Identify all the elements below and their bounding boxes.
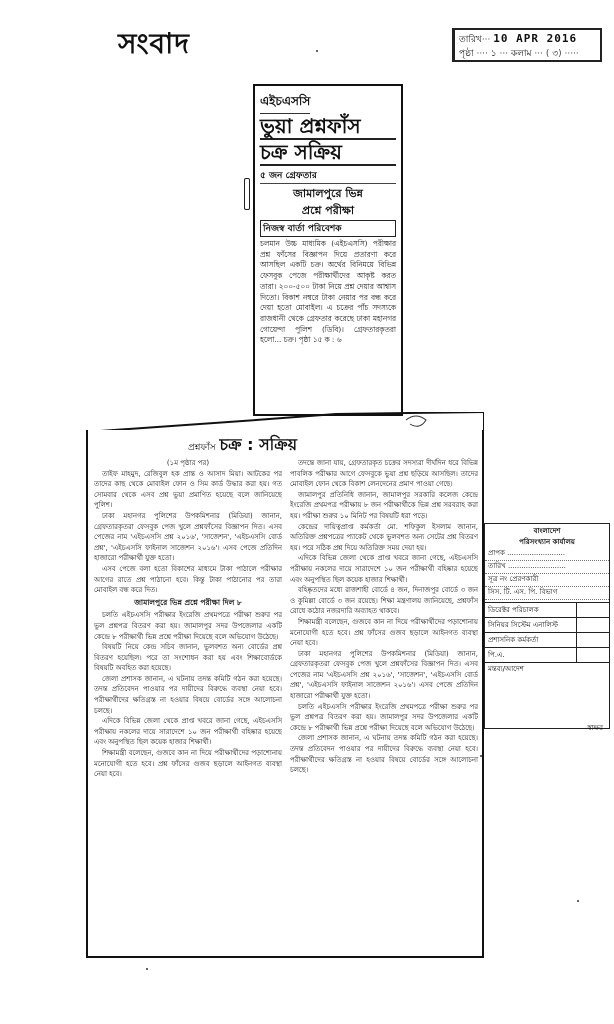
top-news-clipping: এইচএসসি ভুয়া প্রশ্নফাঁস চক্র সক্রিয় ৫ … [253,84,403,416]
article-paragraph: শিক্ষামন্ত্রী বলেছেন, গুজবে কান না দিয়ে… [94,748,282,780]
stamp-date-value: 10 APR 2016 [493,32,577,45]
article-paragraph: জেলা প্রশাসক জানান, এ ঘটনায় তদন্ত কমিটি… [94,674,282,716]
record-field: তারিখ .......................... [485,561,609,574]
record-field: প্রাপক .......................... [485,548,609,561]
article-paragraph: বিষয়টি নিয়ে কেন্দ্র সচিব জানান, ভুলবশত… [94,642,282,674]
clipping-subheadline-line2: প্রশ্নে পরীক্ষা [260,203,396,218]
main-clipping-title-text: চক্র : সক্রিয় [220,435,298,454]
stamp-column-label: কলাম [511,49,532,59]
article-paragraph: চলতি এইচএসসি পরীক্ষার ইংরেজি প্রথমপত্রে … [94,610,282,642]
scan-speck [480,755,482,757]
routing-value [577,648,610,663]
article-paragraph: তদন্তে জানা যায়, গ্রেফতারকৃত চক্রের সদস… [290,458,478,490]
scan-speck [146,968,148,970]
record-heading-line2: পরিসংখ্যান কার্যালয় [485,537,609,548]
continuation-note: (১ম পৃষ্ঠার পর) [94,458,282,469]
office-record-box: বাংলাদেশ পরিসংখ্যান কার্যালয় প্রাপক ...… [484,523,610,729]
article-paragraph: এদিকে বিভিন্ন জেলা থেকে প্রাপ্ত খবরে জান… [290,553,478,585]
remarks-label: মন্তব্য/আদেশ [488,665,524,673]
stamp-page-label: পৃষ্ঠা [459,49,474,59]
article-subheading: জামালপুরে ভিন্ন প্রশ্নে পরীক্ষা দিল ৮ [94,598,282,609]
article-paragraph: তাইফ মাহমুদ, রেজিবুল হক প্রান্ত ও আসাদ ম… [94,469,282,511]
paper-clip-mark [244,178,250,210]
routing-row: ডিরেক্টর পরিচালক [485,603,609,618]
routing-row: সিনিয়র সিস্টেম এনালিস্ট [485,618,609,633]
article-paragraph: জেলা প্রশাসক জানান, এ ঘটনায় তদন্ত কমিটি… [290,733,478,775]
clipping-body-text: চলমান উচ্চ মাধ্যমিক (এইচএসসি) পরীক্ষার প… [260,239,396,346]
article-paragraph: ঢাকা মহানগর পুলিশের উপকমিশনার (মিডিয়া) … [290,649,478,702]
routing-value [577,633,610,648]
article-paragraph: বহিষ্কৃতদের মধ্যে রাজশাহী বোর্ডে ৪ জন, দ… [290,585,478,617]
scan-speck [577,900,579,902]
routing-label: ডিরেক্টর পরিচালক [485,603,577,618]
main-clipping-title-prefix: প্রশ্নফাঁস [188,443,216,453]
article-paragraph: চলতি এইচএসসি পরীক্ষার ইংরেজি প্রথমপত্রে … [290,702,478,734]
scan-speck [316,50,318,52]
record-routing-table: ডিরেক্টর পরিচালক সিনিয়র সিস্টেম এনালিস্… [485,602,609,662]
article-paragraph: জামালপুর প্রতিনিধি জানান, জামালপুর সরকার… [290,490,478,522]
record-field: সিস. টি. এস. পি. বিভাগ [485,587,609,600]
record-heading-line1: বাংলাদেশ [485,526,609,537]
article-paragraph: ঢাকা মহানগর পুলিশের উপকমিশনার (মিডিয়া) … [94,511,282,564]
article-column-1: (১ম পৃষ্ঠার পর) তাইফ মাহমুদ, রেজিবুল হক … [94,458,282,952]
routing-label: পি.এ. [485,648,577,663]
clipping-byline: নিজস্ব বার্তা পরিবেশক [260,220,396,237]
clipping-deck: ৫ জন গ্রেফতার [260,168,396,184]
signature-label: স্বাক্ষর [587,723,603,734]
article-column-2: তদন্তে জানা যায়, গ্রেফতারকৃত চক্রের সদস… [290,458,478,952]
clipping-headline-line1: ভুয়া প্রশ্নফাঁস [260,114,396,140]
routing-value [577,603,610,618]
article-paragraph: কেন্দ্রের দায়িত্বপ্রাপ্ত কর্মকর্তা মো. … [290,522,478,554]
main-clipping-title: প্রশ্নফাঁসচক্র : সক্রিয় [188,432,297,459]
routing-label: সিনিয়র সিস্টেম এনালিস্ট [485,618,577,633]
clipping-kicker: এইচএসসি [260,93,310,114]
routing-row: পি.এ. [485,648,609,663]
date-page-stamp: তারিখ··· 10 APR 2016 পৃষ্ঠা ···· ১ ··· ক… [452,28,602,62]
clipping-headline-line2: চক্র সক্রিয় [260,140,396,166]
routing-label: প্রশাসনিক কর্মকর্তা [485,633,577,648]
main-news-clipping: প্রশ্নফাঁসচক্র : সক্রিয় (১ম পৃষ্ঠার পর)… [86,430,484,958]
article-paragraph: এদিকে বিভিন্ন জেলা থেকে প্রাপ্ত খবরে জান… [94,716,282,748]
stamp-date-row: তারিখ··· 10 APR 2016 [459,32,596,47]
article-paragraph: শিক্ষামন্ত্রী বলেছেন, গুজবে কান না দিয়ে… [290,617,478,649]
newspaper-masthead: সংবাদ [118,22,190,69]
clipping-subheadline-line1: জামালপুরে ভিন্ন [260,186,396,201]
article-paragraph: এসব পেজে বলা হতো বিকাশের মাধ্যমে টাকা পা… [94,564,282,596]
routing-row: প্রশাসনিক কর্মকর্তা [485,633,609,648]
record-field: সূত্র নং প্রেরণকারী [485,574,609,587]
stamp-page-row: পৃষ্ঠা ···· ১ ··· কলাম ··· ( ৩) ····· [459,47,596,61]
stamp-date-label: তারিখ [459,35,482,45]
record-remarks-area: মন্তব্য/আদেশ স্বাক্ষর [485,662,609,737]
routing-value [577,618,610,633]
